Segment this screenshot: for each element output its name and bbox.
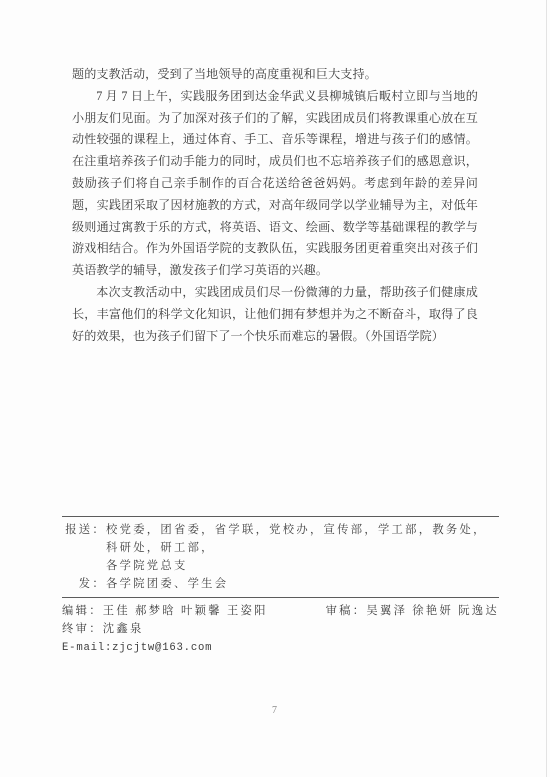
- report-to-line1: 校党委，团省委，省学联，党校办，宣传部，学工部，教务处，科研处，研工部，: [106, 521, 499, 557]
- final-reviewer-name: 沈鑫泉: [103, 623, 144, 635]
- editors-reviewers-row: 编辑：王佳 郝梦晗 叶颖馨 王姿阳 审稿：吴翼泽 徐艳妍 阮逸达: [62, 598, 499, 620]
- paragraph-continuation: 题的支教活动，受到了当地领导的高度重视和巨大支持。: [72, 64, 478, 86]
- document-page: 题的支教活动，受到了当地领导的高度重视和巨大支持。 7 月 7 日上午，实践服务…: [0, 0, 550, 777]
- send-to-label: 发：: [62, 575, 106, 593]
- final-review-label: 终审：: [62, 623, 103, 635]
- report-to-row: 报送： 校党委，团省委，省学联，党校办，宣传部，学工部，教务处，科研处，研工部，…: [62, 517, 499, 575]
- editors-names: 王佳 郝梦晗 叶颖馨 王姿阳: [103, 605, 268, 617]
- report-to-label: 报送：: [62, 521, 106, 575]
- page-number: 7: [0, 705, 550, 716]
- report-to-values: 校党委，团省委，省学联，党校办，宣传部，学工部，教务处，科研处，研工部， 各学院…: [106, 521, 499, 575]
- editors-label: 编辑：: [62, 605, 103, 617]
- reviewers-names: 吴翼泽 徐艳妍 阮逸达: [366, 605, 499, 617]
- reviewers-group: 审稿：吴翼泽 徐艳妍 阮逸达: [326, 602, 499, 620]
- article-body: 题的支教活动，受到了当地领导的高度重视和巨大支持。 7 月 7 日上午，实践服务…: [72, 64, 478, 347]
- distribution-footer: 报送： 校党委，团省委，省学联，党校办，宣传部，学工部，教务处，科研处，研工部，…: [62, 516, 499, 657]
- send-to-value: 各学院团委、学生会: [106, 575, 499, 593]
- scan-edge-artifact: [546, 0, 547, 777]
- contact-email: E-mail:zjcjtw@163.com: [62, 638, 499, 657]
- paragraph-summary: 本次支教活动中，实践团成员们尽一份微薄的力量，帮助孩子们健康成长，丰富他们的科学…: [72, 282, 478, 347]
- editors-group: 编辑：王佳 郝梦晗 叶颖馨 王姿阳: [62, 602, 268, 620]
- send-to-row: 发： 各学院团委、学生会: [62, 575, 499, 597]
- report-to-line2: 各学院党总支: [106, 557, 499, 575]
- final-review-row: 终审：沈鑫泉: [62, 620, 499, 638]
- reviewers-label: 审稿：: [326, 605, 367, 617]
- paragraph-activity: 7 月 7 日上午，实践服务团到达金华武义县柳城镇后畈村立即与当地的小朋友们见面…: [72, 86, 478, 282]
